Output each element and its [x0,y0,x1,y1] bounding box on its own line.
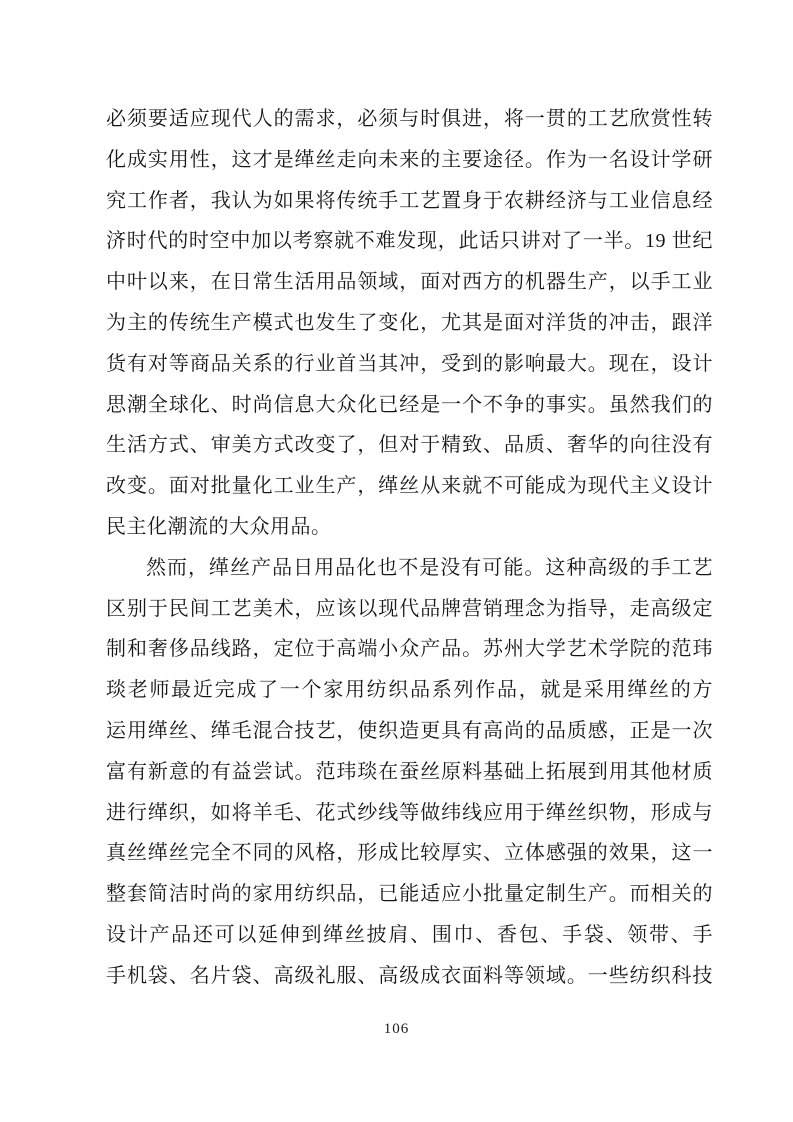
text-line: 改变。面对批量化工业生产，缂丝从来就不可能成为现代主义设计 [106,466,713,507]
text-line: 生活方式、审美方式改变了，但对于精致、品质、奢华的向往没有 [106,425,713,466]
text-line: 中叶以来，在日常生活用品领域，面对西方的机器生产，以手工业 [106,262,713,303]
text-line: 究工作者，我认为如果将传统手工艺置身于农耕经济与工业信息经 [106,181,713,222]
text-line: 济时代的时空中加以考察就不难发现，此话只讲对了一半。19 世纪 [106,221,713,262]
text-line: 必须要适应现代人的需求，必须与时俱进，将一贯的工艺欣赏性转 [106,99,713,140]
text-line: 整套简洁时尚的家用纺织品，已能适应小批量定制生产。而相关的 [106,874,713,915]
text-line: 化成实用性，这才是缂丝走向未来的主要途径。作为一名设计学研 [106,140,713,181]
text-line: 设计产品还可以延伸到缂丝披肩、围巾、香包、手袋、领带、手帕、 [106,915,713,956]
text-line: 思潮全球化、时尚信息大众化已经是一个不争的事实。虽然我们的 [106,385,713,426]
text-line: 富有新意的有益尝试。范玮琰在蚕丝原料基础上拓展到用其他材质 [106,752,713,793]
body-text: 必须要适应现代人的需求，必须与时俱进，将一贯的工艺欣赏性转化成实用性，这才是缂丝… [106,99,713,997]
text-line: 进行缂织，如将羊毛、花式纱线等做纬线应用于缂丝织物，形成与 [106,793,713,834]
text-line: 琰老师最近完成了一个家用纺织品系列作品，就是采用缂丝的方法， [106,670,713,711]
document-page: 必须要适应现代人的需求，必须与时俱进，将一贯的工艺欣赏性转化成实用性，这才是缂丝… [0,0,793,1122]
page-number: 106 [0,1021,793,1038]
text-line: 为主的传统生产模式也发生了变化，尤其是面对洋货的冲击，跟洋 [106,303,713,344]
text-line: 货有对等商品关系的行业首当其冲，受到的影响最大。现在，设计 [106,344,713,385]
text-line: 区别于民间工艺美术，应该以现代品牌营销理念为指导，走高级定 [106,589,713,630]
text-line: 制和奢侈品线路，定位于高端小众产品。苏州大学艺术学院的范玮 [106,629,713,670]
text-line: 运用缂丝、缂毛混合技艺，使织造更具有高尚的品质感，正是一次 [106,711,713,752]
text-line: 手机袋、名片袋、高级礼服、高级成衣面料等领域。一些纺织科技 [106,956,713,997]
text-line: 民主化潮流的大众用品。 [106,507,713,548]
text-line: 然而，缂丝产品日用品化也不是没有可能。这种高级的手工艺 [106,548,713,589]
text-line: 真丝缂丝完全不同的风格，形成比较厚实、立体感强的效果，这一 [106,833,713,874]
